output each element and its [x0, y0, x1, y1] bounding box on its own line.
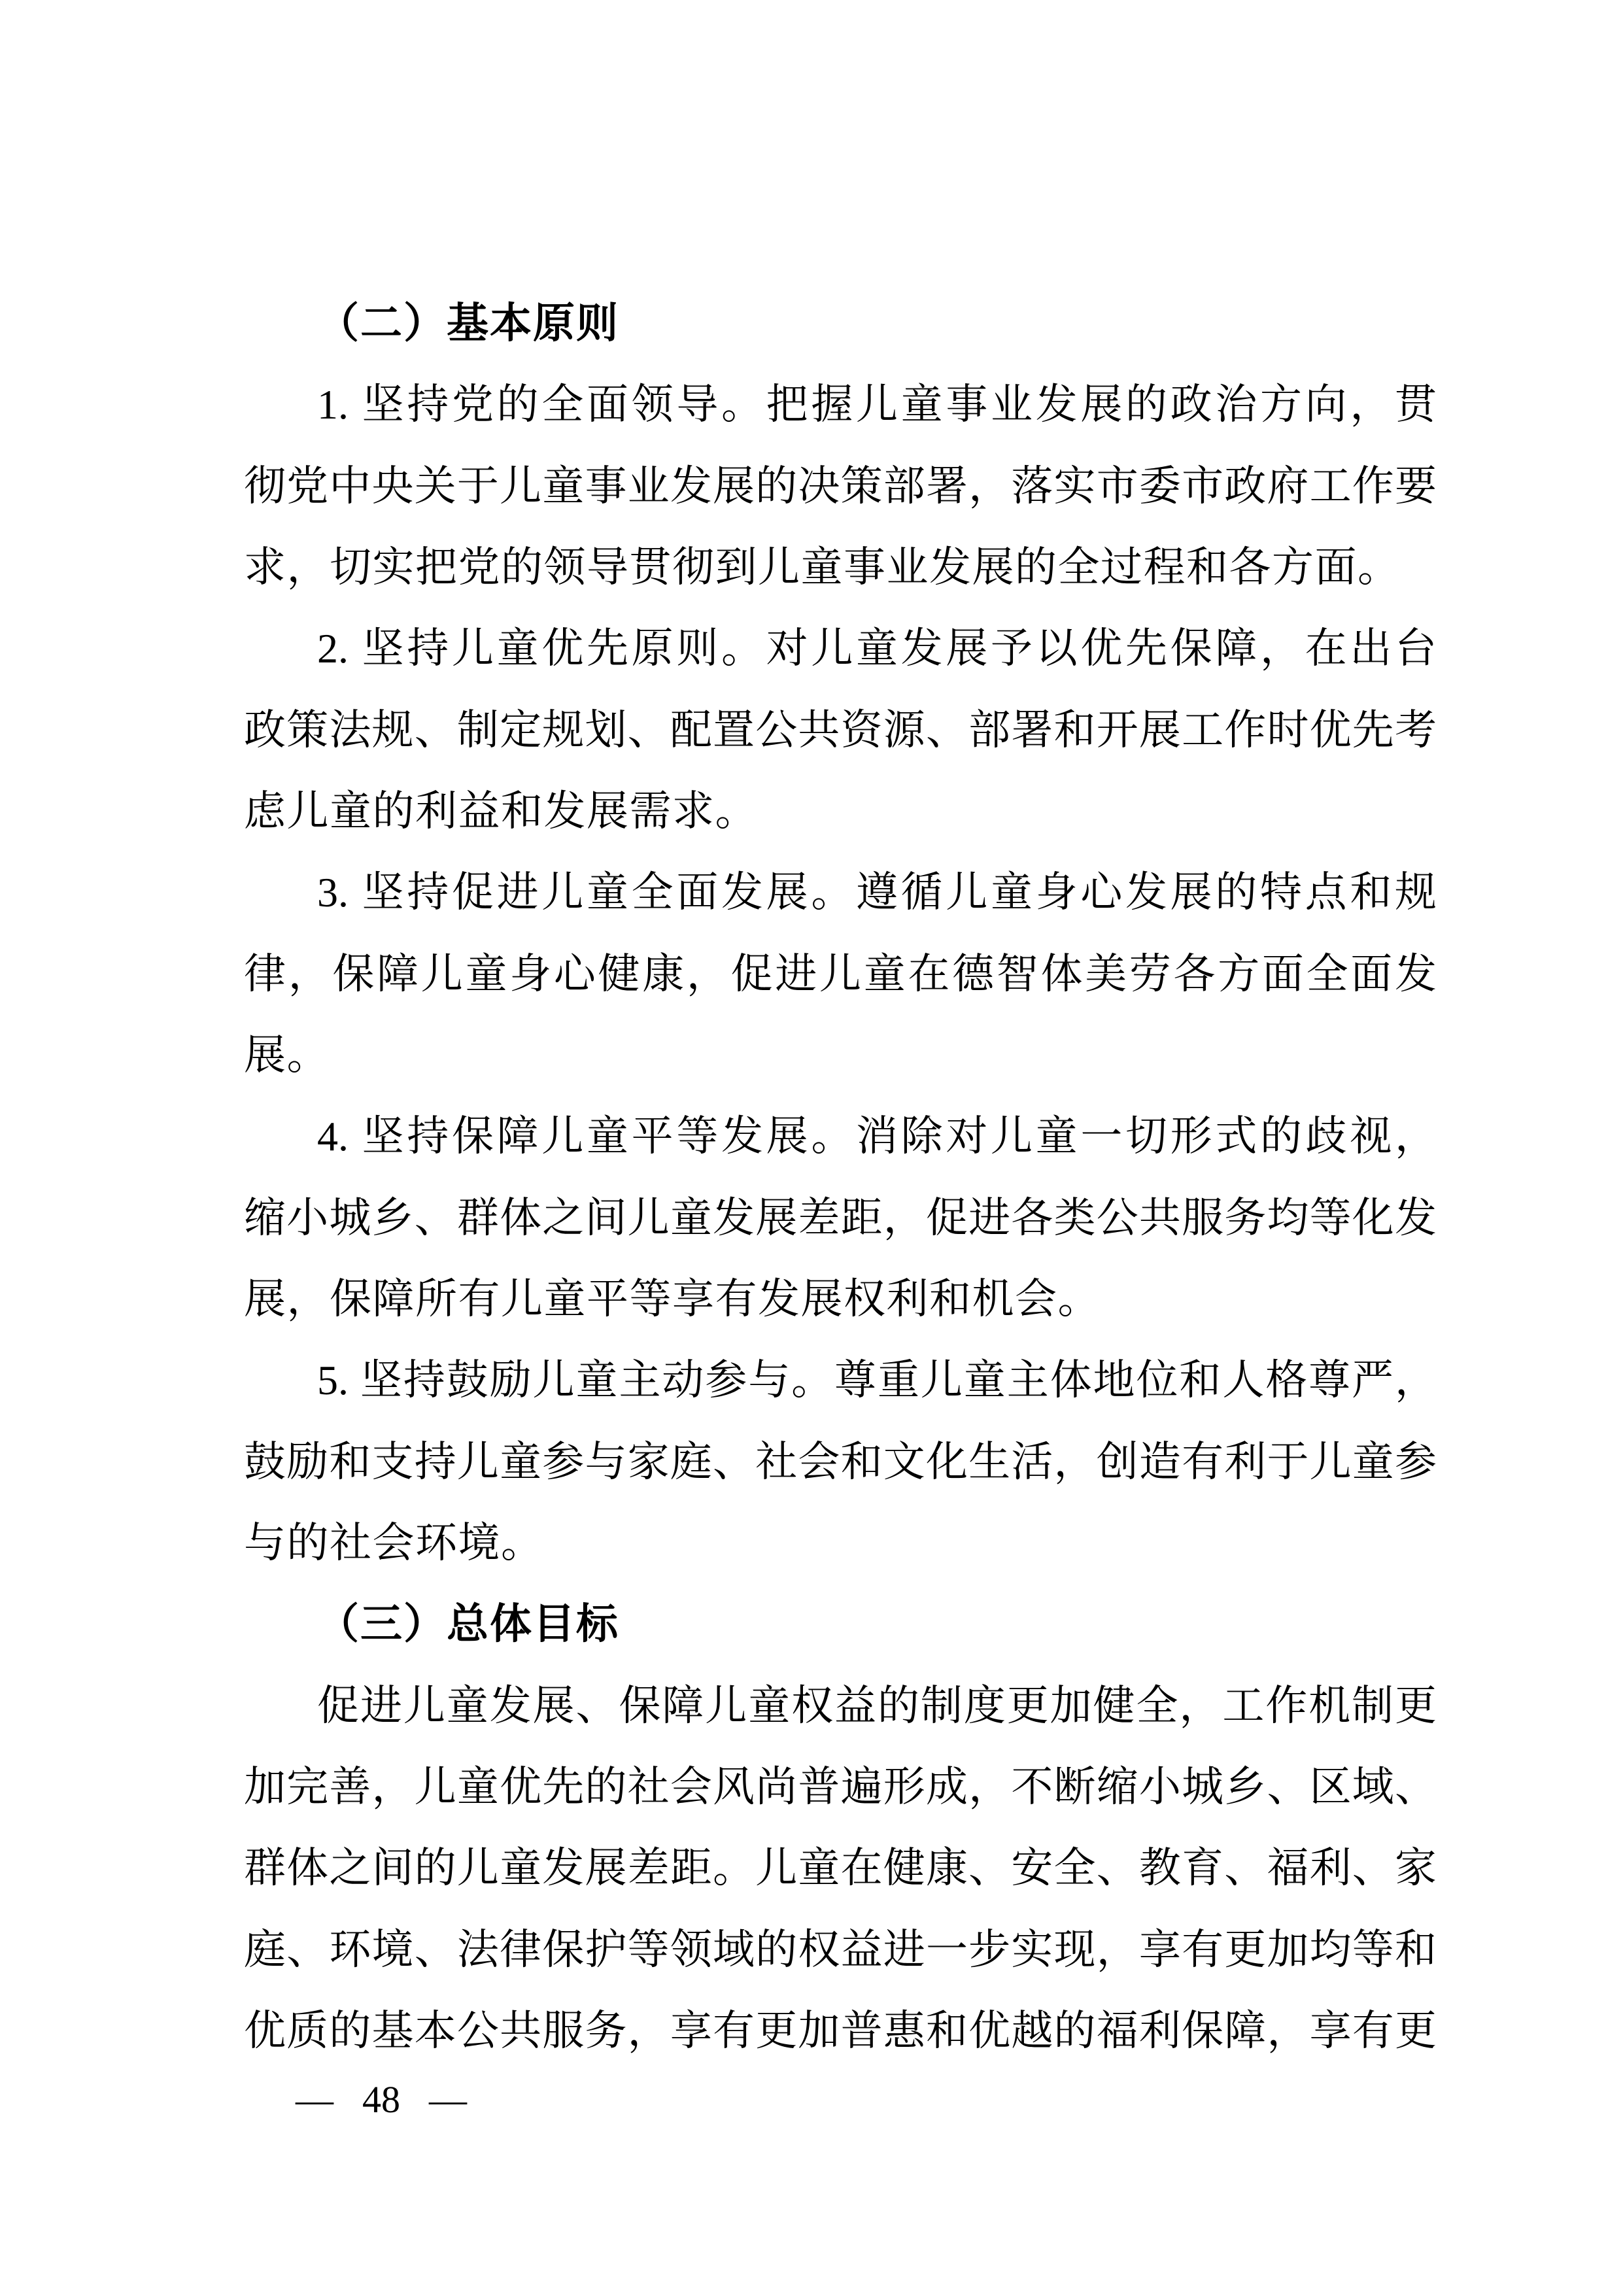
body-line: 群体之间的儿童发展差距。儿童在健康、安全、教育、福利、家 — [244, 1828, 1437, 1909]
page-footer: —48— — [296, 2077, 467, 2123]
footer-left-dash: — — [296, 2077, 333, 2123]
body-line: 政策法规、制定规划、配置公共资源、部署和开展工作时优先考 — [244, 690, 1437, 771]
page-number: 48 — [362, 2077, 400, 2123]
body-line: 展，保障所有儿童平等享有发展权利和机会。 — [244, 1259, 1437, 1340]
body-line: 促进儿童发展、保障儿童权益的制度更加健全，工作机制更 — [244, 1666, 1437, 1747]
section-heading-overall-goals: （三）总体目标 — [244, 1584, 1437, 1665]
section-heading-basic-principles: （二）基本原则 — [244, 283, 1437, 364]
body-line: 5. 坚持鼓励儿童主动参与。尊重儿童主体地位和人格尊严， — [244, 1340, 1437, 1421]
body-line: 4. 坚持保障儿童平等发展。消除对儿童一切形式的歧视， — [244, 1096, 1437, 1177]
body-line: 彻党中央关于儿童事业发展的决策部署，落实市委市政府工作要 — [244, 446, 1437, 527]
footer-right-dash: — — [429, 2077, 467, 2123]
body-line: 缩小城乡、群体之间儿童发展差距，促进各类公共服务均等化发 — [244, 1178, 1437, 1259]
body-line: 庭、环境、法律保护等领域的权益进一步实现，享有更加均等和 — [244, 1910, 1437, 1991]
text-block: （二）基本原则 1. 坚持党的全面领导。把握儿童事业发展的政治方向，贯 彻党中央… — [244, 283, 1437, 2072]
body-line: 展。 — [244, 1015, 1437, 1096]
body-line: 鼓励和支持儿童参与家庭、社会和文化生活，创造有利于儿童参 — [244, 1422, 1437, 1503]
body-line: 1. 坚持党的全面领导。把握儿童事业发展的政治方向，贯 — [244, 364, 1437, 445]
body-line: 虑儿童的利益和发展需求。 — [244, 771, 1437, 852]
body-line: 律，保障儿童身心健康，促进儿童在德智体美劳各方面全面发 — [244, 934, 1437, 1015]
body-line: 优质的基本公共服务，享有更加普惠和优越的福利保障，享有更 — [244, 1991, 1437, 2072]
body-line: 2. 坚持儿童优先原则。对儿童发展予以优先保障，在出台 — [244, 608, 1437, 689]
body-line: 求，切实把党的领导贯彻到儿童事业发展的全过程和各方面。 — [244, 527, 1437, 608]
body-line: 加完善，儿童优先的社会风尚普遍形成，不断缩小城乡、区域、 — [244, 1747, 1437, 1828]
body-line: 3. 坚持促进儿童全面发展。遵循儿童身心发展的特点和规 — [244, 852, 1437, 933]
document-page: （二）基本原则 1. 坚持党的全面领导。把握儿童事业发展的政治方向，贯 彻党中央… — [0, 0, 1623, 2296]
body-line: 与的社会环境。 — [244, 1503, 1437, 1584]
